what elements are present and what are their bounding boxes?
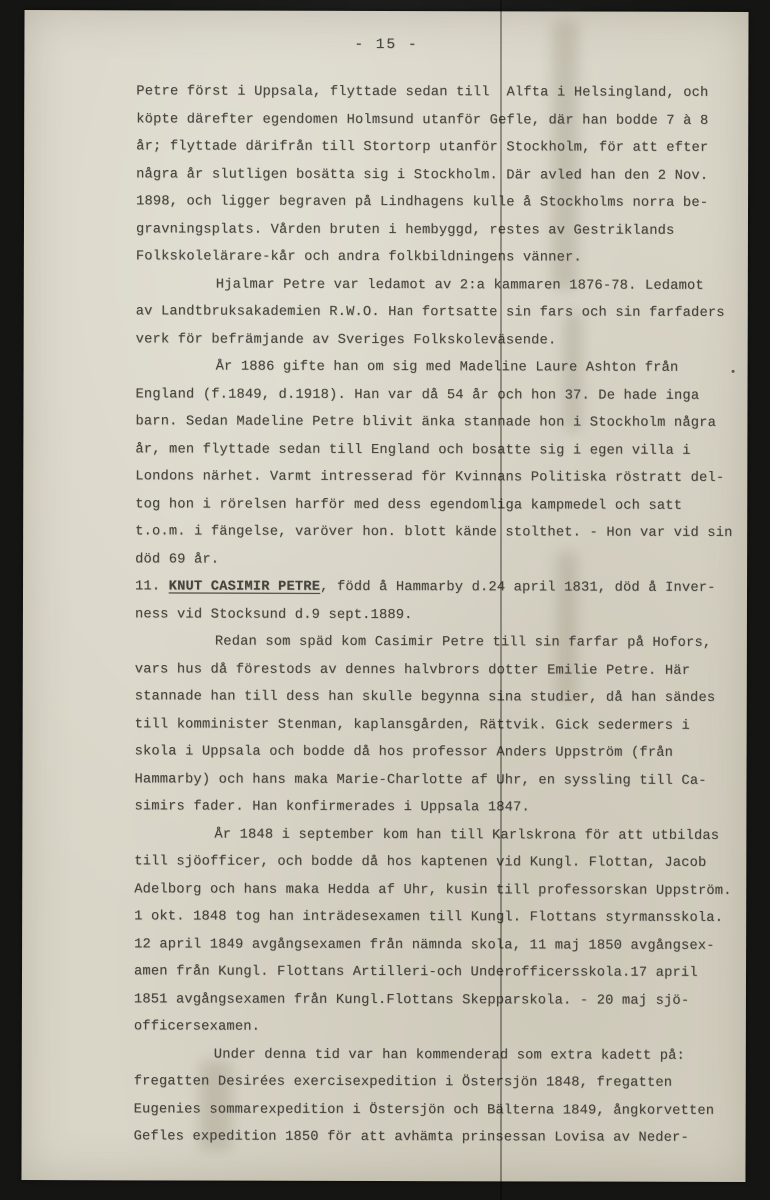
- page-number: - 15 -: [24, 36, 748, 54]
- text-line: tog hon i rörelsen harför med dess egend…: [135, 491, 739, 520]
- text-line: köpte därefter egendomen Holmsund utanfö…: [136, 106, 740, 135]
- text-line: Folkskolelärare-kår och andra folkbildni…: [136, 243, 740, 272]
- text-line: stannade han till dess han skulle begynn…: [135, 683, 739, 712]
- text-line: Hjalmar Petre var ledamot av 2:a kammare…: [136, 271, 740, 300]
- text-line: t.o.m. i fängelse, varöver hon. blott kä…: [135, 518, 739, 547]
- text-line: Adelborg och hans maka Hedda af Uhr, kus…: [134, 876, 738, 905]
- text-line: år, men flyttade sedan till England och …: [135, 436, 739, 465]
- text-line: amen från Kungl. Flottans Artilleri-och …: [134, 958, 738, 987]
- text-line: år; flyttade därifrån till Stortorp utan…: [136, 133, 740, 162]
- text-line: År 1886 gifte han om sig med Madeline La…: [136, 353, 740, 382]
- heading-text: , född å Hammarby d.24 april 1831, död å…: [320, 580, 715, 596]
- text-line: England (f.1849, d.1918). Han var då 54 …: [135, 381, 739, 410]
- section-heading-line: 11. KNUT CASIMIR PETRE, född å Hammarby …: [135, 573, 739, 602]
- scanned-document-view: - 15 - Petre först i Uppsala, flyttade s…: [0, 0, 770, 1200]
- text-line: År 1848 i september kom han till Karlskr…: [134, 821, 738, 850]
- text-line: barn. Sedan Madeline Petre blivit änka s…: [135, 408, 739, 437]
- text-line: officersexamen.: [134, 1013, 738, 1042]
- text-line: gravningsplats. Vården bruten i hembyggd…: [136, 216, 740, 245]
- text-line: Redan som späd kom Casimir Petre till si…: [135, 628, 739, 657]
- text-line: till sjöofficer, och bodde då hos kapten…: [134, 848, 738, 877]
- text-line: ness vid Stocksund d.9 sept.1889.: [135, 601, 739, 630]
- text-line: av Landtbruksakademien R.W.O. Han fortsa…: [136, 298, 740, 327]
- text-line: 1 okt. 1848 tog han inträdesexamen till …: [134, 903, 738, 932]
- text-line: vars hus då förestods av dennes halvbror…: [135, 656, 739, 685]
- text-line: fregatten Desirées exercisexpedition i Ö…: [134, 1068, 738, 1097]
- text-line: till komminister Stenman, kaplansgården,…: [135, 711, 739, 740]
- text-line: 12 april 1849 avgångsexamen från nämnda …: [134, 931, 738, 960]
- text-line: simirs fader. Han konfirmerades i Uppsal…: [134, 793, 738, 822]
- text-line: Petre först i Uppsala, flyttade sedan ti…: [136, 78, 740, 107]
- text-line: Londons närhet. Varmt intresserad för Kv…: [135, 463, 739, 492]
- text-line: 1851 avgångsexamen från Kungl.Flottans S…: [134, 986, 738, 1015]
- paper-page: - 15 - Petre först i Uppsala, flyttade s…: [21, 10, 748, 1182]
- heading-text: 11.: [135, 579, 169, 594]
- text-line: Under denna tid var han kommenderad som …: [134, 1041, 738, 1070]
- text-line: verk för befrämjande av Sveriges Folksko…: [136, 326, 740, 355]
- text-block: Petre först i Uppsala, flyttade sedan ti…: [134, 78, 741, 1152]
- text-line: Eugenies sommarexpedition i Östersjön oc…: [134, 1096, 738, 1125]
- text-line: Hammarby) och hans maka Marie-Charlotte …: [134, 766, 738, 795]
- text-line: några år slutligen bosätta sig i Stockho…: [136, 161, 740, 190]
- person-name-underlined: KNUT CASIMIR PETRE: [169, 579, 320, 594]
- text-line: död 69 år.: [135, 546, 739, 575]
- text-line: 1898, och ligger begraven på Lindhagens …: [136, 188, 740, 217]
- text-line: Gefles expedition 1850 för att avhämta p…: [134, 1123, 738, 1152]
- text-line: skola i Uppsala och bodde då hos profess…: [135, 738, 739, 767]
